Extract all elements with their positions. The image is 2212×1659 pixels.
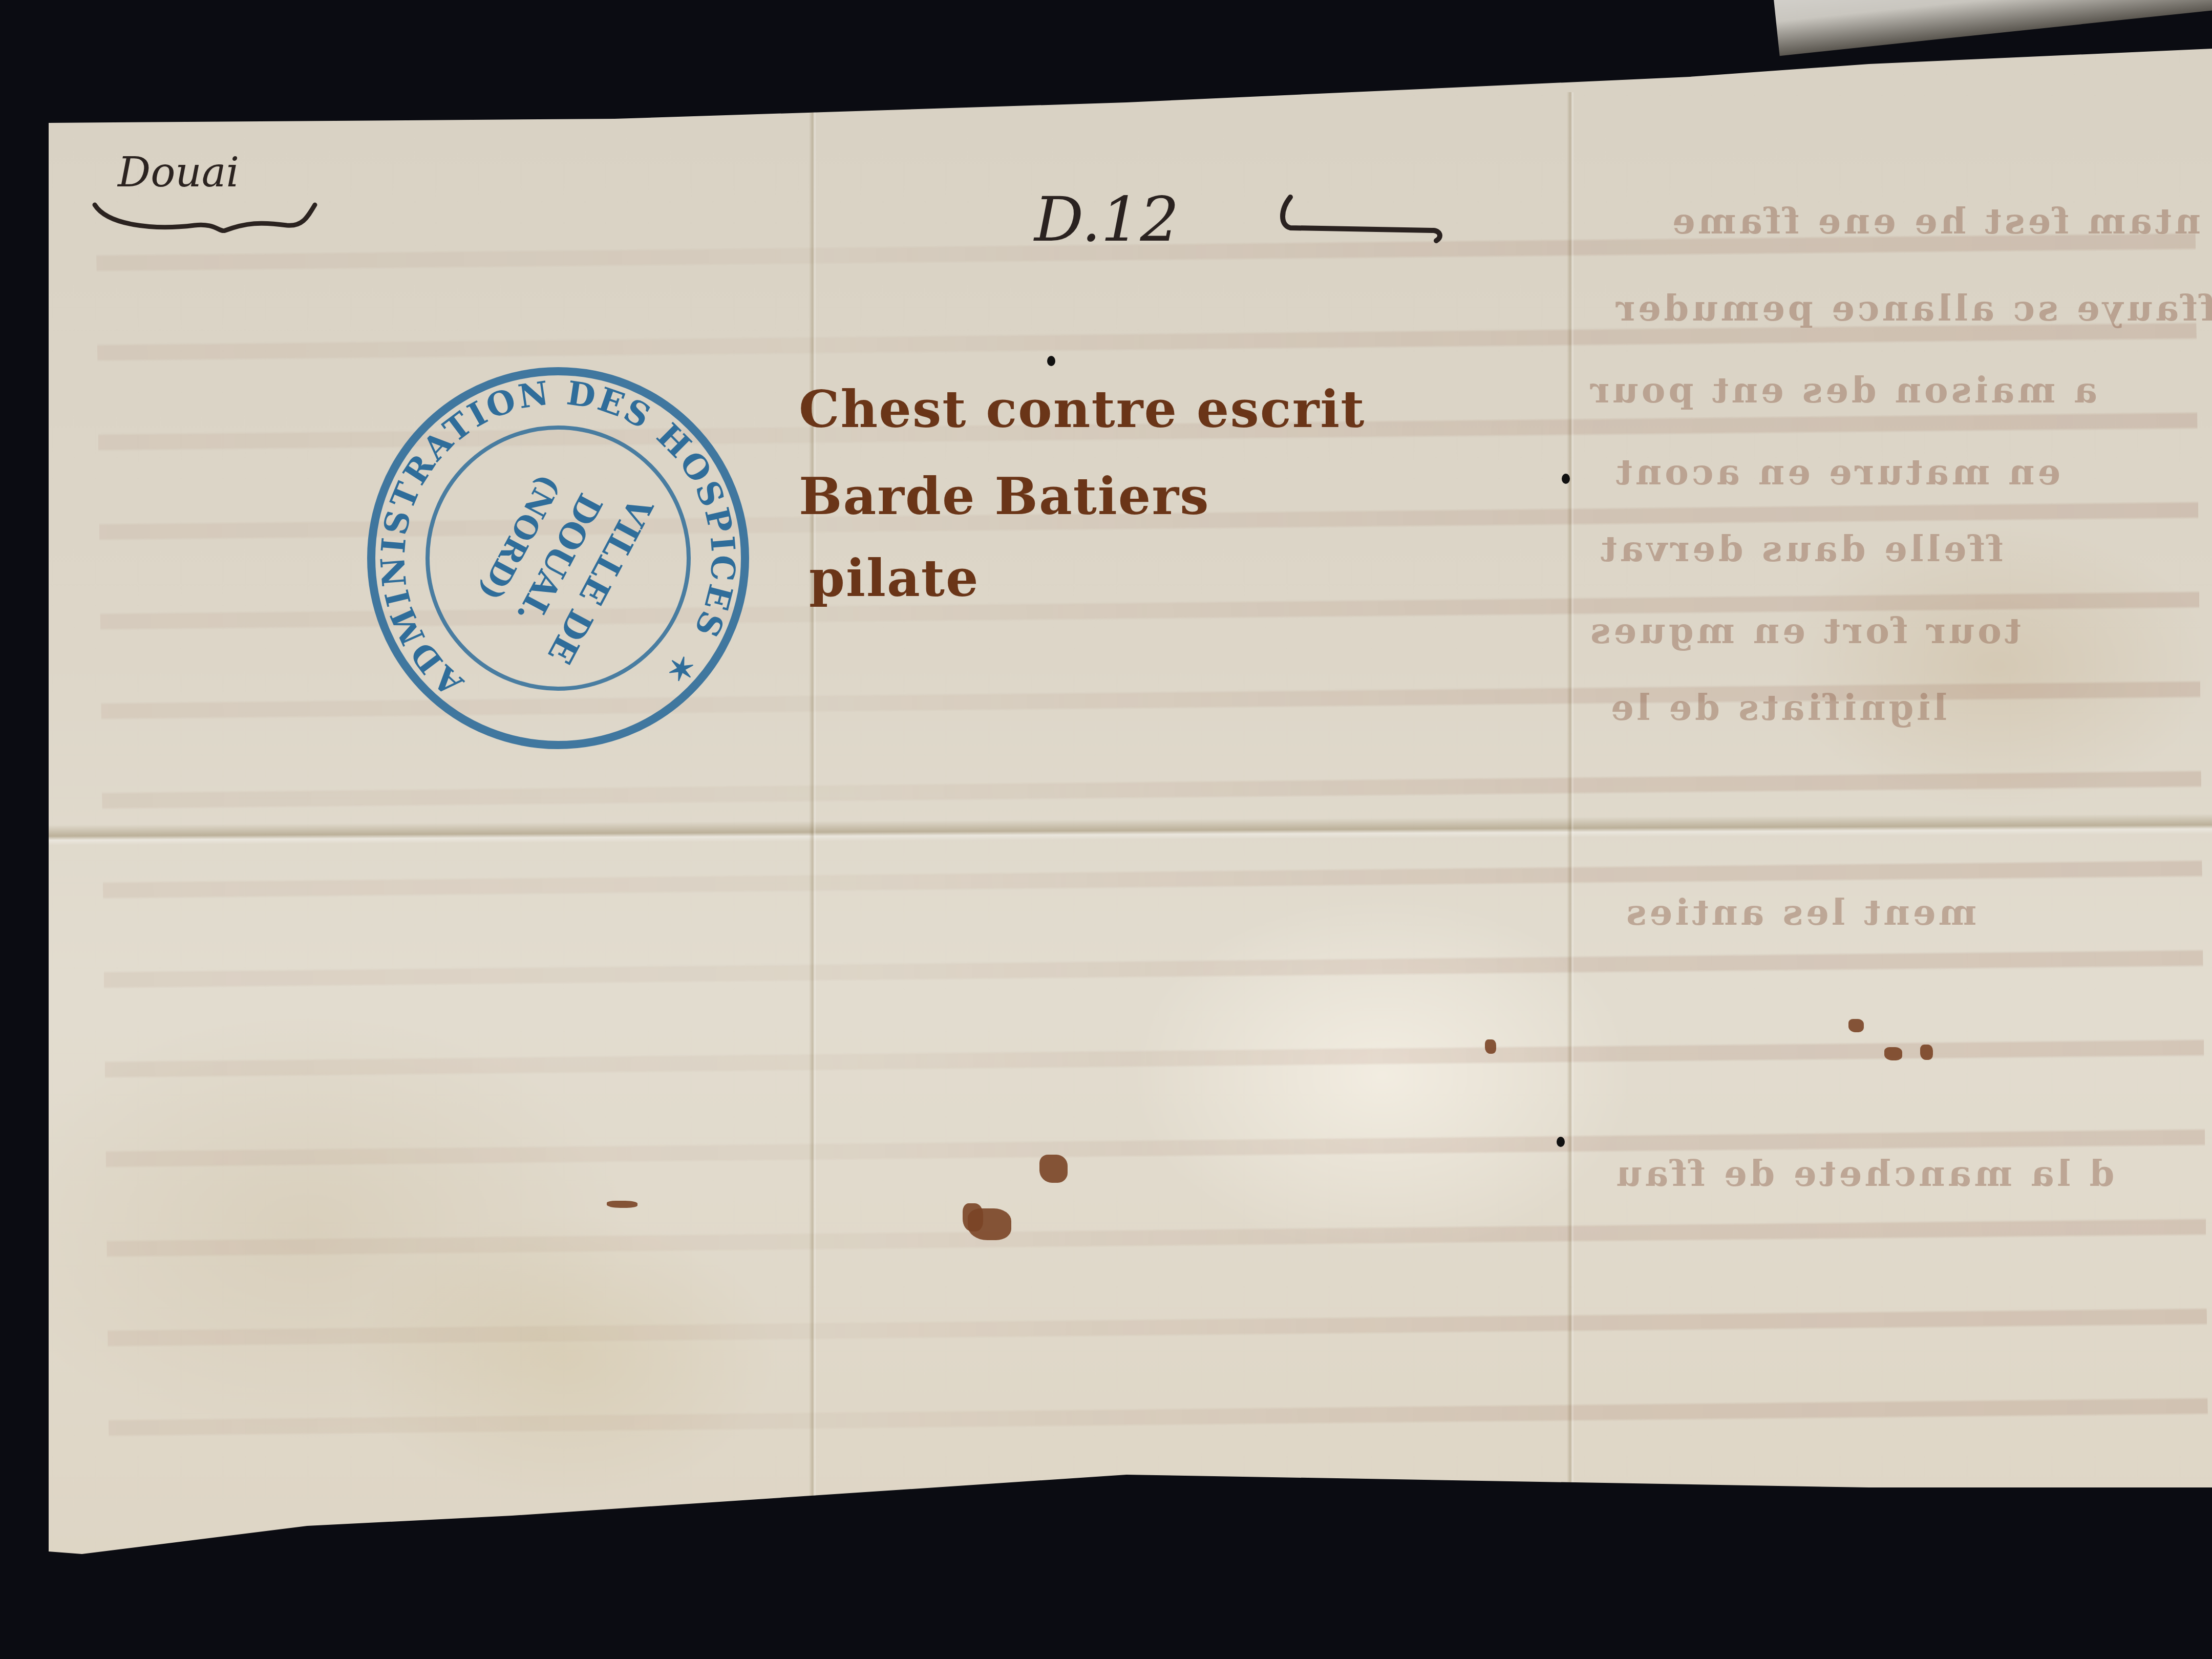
bleed-through-line: a maison des ent pour [1587, 369, 2097, 411]
vertical-fold [809, 92, 816, 1536]
bleed-through-line: d la manchete de ffau [1613, 1152, 2115, 1195]
pinhole [1557, 1137, 1565, 1147]
dorsal-note-line: Barde Batiers [799, 466, 1209, 526]
archive-location-note: Douai [118, 148, 239, 196]
shelfmark: D.12 [1034, 184, 1179, 256]
parchment-document: ntam fest he ene ffame ffauye sc allance… [0, 0, 2212, 1659]
hospices-stamp: ADMINISTRATION DES HOSPICES ✶ VILLE DE D… [358, 358, 758, 758]
corner-object [1772, 0, 2212, 56]
bleed-through-line: en mature en acont [1613, 451, 2060, 493]
vertical-fold [1567, 92, 1574, 1536]
flourish-icon [92, 202, 317, 233]
bleed-through-line: lignifiats de le [1608, 686, 1947, 729]
bleed-through-line: ffelle daus dervat [1598, 527, 2004, 570]
pinhole [1562, 474, 1570, 484]
pinhole [1047, 356, 1055, 366]
ink-stain [607, 1201, 637, 1208]
bleed-through-line: ntam fest he ene ffame [1669, 200, 2201, 242]
bleed-through-line: ffauye sc allance pemuder [1613, 287, 2212, 329]
dorsal-note-line: pilate [809, 548, 980, 608]
flourish-icon [1280, 195, 1444, 246]
bleed-through-line: ment les anties [1623, 891, 1976, 933]
ink-stain [1039, 1155, 1068, 1183]
ink-stain [1485, 1039, 1496, 1054]
ink-stain [1920, 1045, 1933, 1060]
ink-stain [968, 1208, 1011, 1240]
ink-stain [1884, 1047, 1902, 1060]
bleed-through-line: tour fort en mgues [1587, 609, 2021, 652]
ink-stain [1848, 1019, 1864, 1032]
dorsal-note-line: Chest contre escrit [799, 379, 1366, 439]
